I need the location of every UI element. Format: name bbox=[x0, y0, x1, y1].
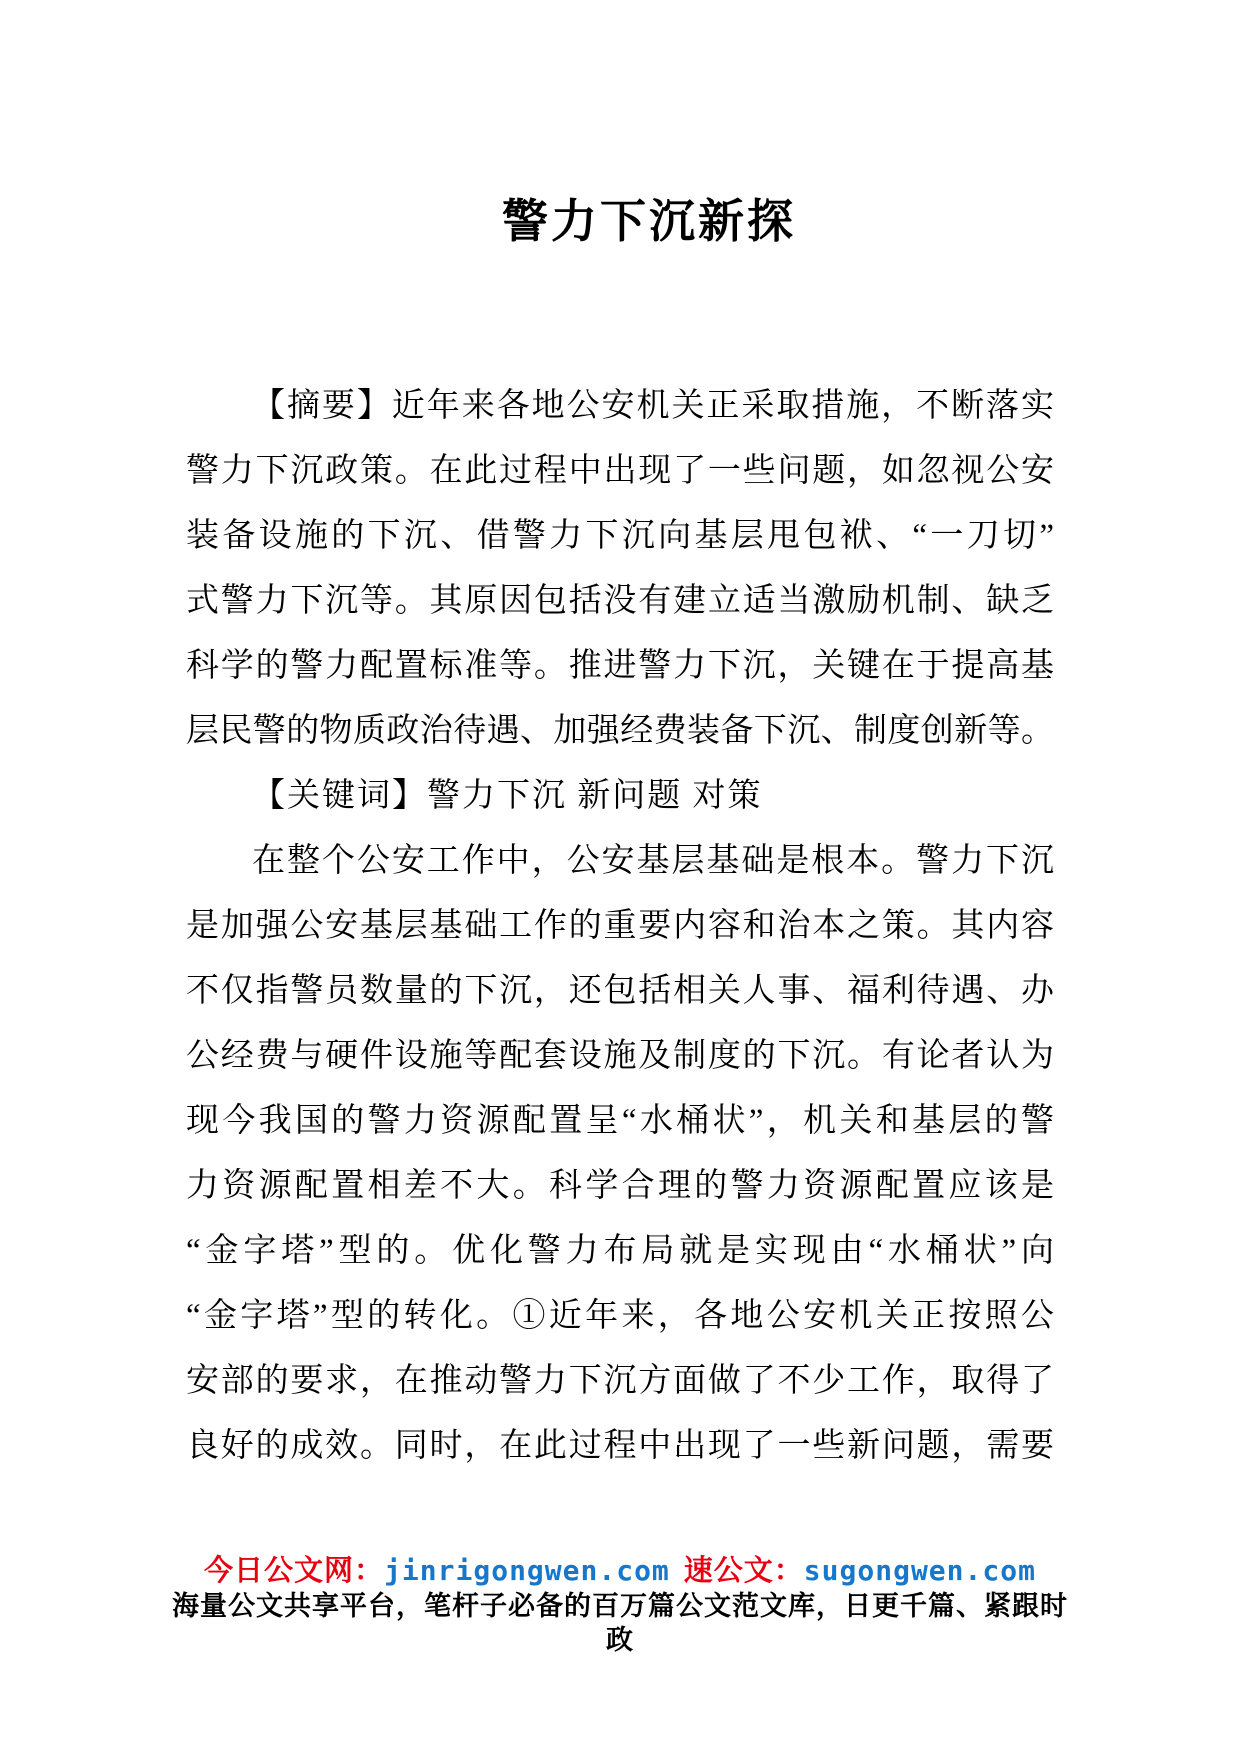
abstract-line: 警力下沉政策。在此过程中出现了一些问题，如忽视公安 bbox=[186, 439, 1054, 504]
footer-site1-domain: jinrigongwen.com bbox=[384, 1554, 670, 1587]
body-line: 在整个公安工作中，公安基层基础是根本。警力下沉 bbox=[186, 829, 1054, 894]
abstract-line: 式警力下沉等。其原因包括没有建立适当激励机制、缺乏 bbox=[186, 569, 1054, 634]
abstract-line: 装备设施的下沉、借警力下沉向基层甩包袱、“一刀切” bbox=[186, 504, 1054, 569]
document-body: 【摘要】近年来各地公安机关正采取措施，不断落实 警力下沉政策。在此过程中出现了一… bbox=[186, 374, 1054, 1479]
footer-tagline-line: 海量公文共享平台，笔杆子必备的百万篇公文范文库，日更千篇、紧跟时 bbox=[0, 1589, 1240, 1623]
body-line: 是加强公安基层基础工作的重要内容和治本之策。其内容 bbox=[186, 894, 1054, 959]
keywords-line: 【关键词】警力下沉 新问题 对策 bbox=[186, 764, 1054, 829]
document-title: 警力下沉新探 bbox=[58, 192, 1240, 252]
footer-tagline-line: 政 bbox=[0, 1623, 1240, 1657]
body-line: 力资源配置相差不大。科学合理的警力资源配置应该是 bbox=[186, 1154, 1054, 1219]
body-line: “金字塔”型的。优化警力布局就是实现由“水桶状”向 bbox=[186, 1219, 1054, 1284]
footer-sites: 今日公文网：jinrigongwen.com速公文：sugongwen.com bbox=[0, 1553, 1240, 1589]
body-line: 现今我国的警力资源配置呈“水桶状”，机关和基层的警 bbox=[186, 1089, 1054, 1154]
body-line: 不仅指警员数量的下沉，还包括相关人事、福利待遇、办 bbox=[186, 959, 1054, 1024]
footer-site1-label: 今日公文网： bbox=[204, 1555, 384, 1587]
body-line: 良好的成效。同时，在此过程中出现了一些新问题，需要 bbox=[186, 1414, 1054, 1479]
body-line: 安部的要求，在推动警力下沉方面做了不少工作，取得了 bbox=[186, 1349, 1054, 1414]
abstract-line: 科学的警力配置标准等。推进警力下沉，关键在于提高基 bbox=[186, 634, 1054, 699]
body-line: “金字塔”型的转化。①近年来，各地公安机关正按照公 bbox=[186, 1284, 1054, 1349]
page-footer: 今日公文网：jinrigongwen.com速公文：sugongwen.com … bbox=[0, 1553, 1240, 1657]
document-page: 警力下沉新探 【摘要】近年来各地公安机关正采取措施，不断落实 警力下沉政策。在此… bbox=[0, 0, 1240, 1754]
abstract-line: 层民警的物质政治待遇、加强经费装备下沉、制度创新等。 bbox=[186, 699, 1054, 764]
footer-site2-label: 速公文： bbox=[684, 1555, 804, 1587]
footer-site2-domain: sugongwen.com bbox=[804, 1554, 1036, 1587]
body-line: 公经费与硬件设施等配套设施及制度的下沉。有论者认为 bbox=[186, 1024, 1054, 1089]
abstract-line: 【摘要】近年来各地公安机关正采取措施，不断落实 bbox=[186, 374, 1054, 439]
